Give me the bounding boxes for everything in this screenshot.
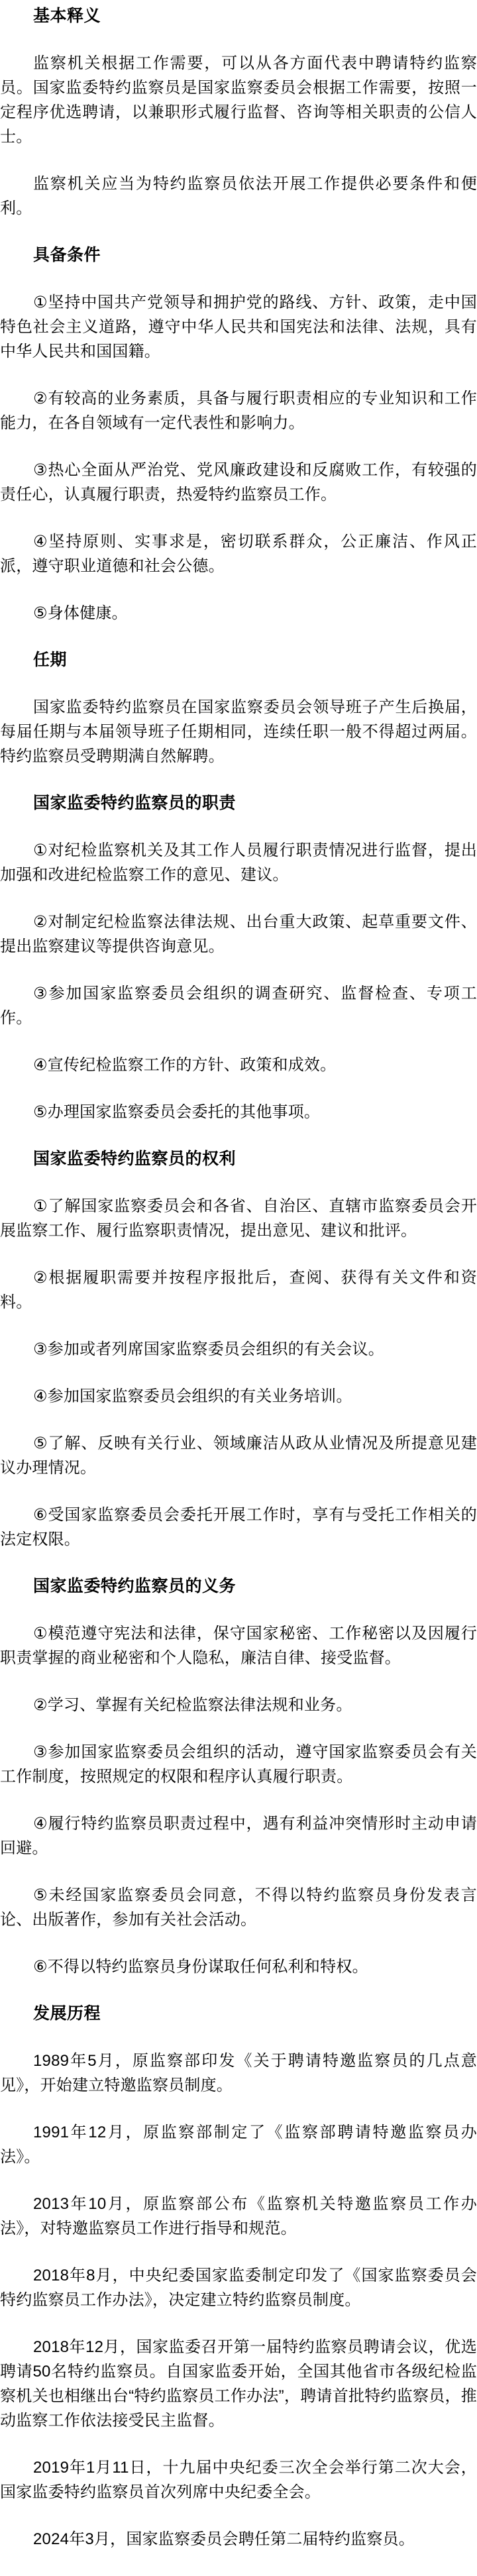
paragraph: 2018年12月，国家监委召开第一届特约监察员聘请会议，优选聘请50名特约监察员… bbox=[0, 2335, 477, 2433]
paragraph: ⑤办理国家监察委员会委托的其他事项。 bbox=[0, 1100, 477, 1124]
paragraph: ③热心全面从严治党、党风廉政建设和反腐败工作，有较强的责任心，认真履行职责，热爱… bbox=[0, 458, 477, 507]
paragraph: ①坚持中国共产党领导和拥护党的路线、方针、政策，走中国特色社会主义道路，遵守中华… bbox=[0, 290, 477, 364]
paragraph: ②有较高的业务素质，具备与履行职责相应的专业知识和工作能力，在各自领域有一定代表… bbox=[0, 386, 477, 435]
paragraph: ④履行特约监察员职责过程中，遇有利益冲突情形时主动申请回避。 bbox=[0, 1811, 477, 1860]
paragraph: ⑥不得以特约监察员身份谋取任何私利和特权。 bbox=[0, 1955, 477, 1979]
section: 具备条件①坚持中国共产党领导和拥护党的路线、方针、政策，走中国特色社会主义道路，… bbox=[0, 243, 477, 625]
section: 发展历程1989年5月，原监察部印发《关于聘请特邀监察员的几点意见》，开始建立特… bbox=[0, 2002, 477, 2551]
section-heading: 基本释义 bbox=[0, 4, 477, 28]
paragraph: ③参加国家监察委员会组织的调查研究、监督检查、专项工作。 bbox=[0, 981, 477, 1030]
paragraph: 国家监委特约监察员在国家监察委员会领导班子产生后换届，每届任期与本届领导班子任期… bbox=[0, 695, 477, 769]
paragraph: 2018年8月，中央纪委国家监委制定印发了《国家监察委员会特约监察员工作办法》，… bbox=[0, 2263, 477, 2312]
paragraph: 2019年1月11日，十九届中央纪委三次全会举行第二次大会，国家监委特约监察员首… bbox=[0, 2455, 477, 2504]
paragraph: ④宣传纪检监察工作的方针、政策和成效。 bbox=[0, 1053, 477, 1077]
paragraph: ⑥受国家监察委员会委托开展工作时，享有与受托工作相关的法定权限。 bbox=[0, 1503, 477, 1552]
section: 国家监委特约监察员的职责①对纪检监察机关及其工作人员履行职责情况进行监督，提出加… bbox=[0, 791, 477, 1124]
paragraph: ⑤未经国家监察委员会同意，不得以特约监察员身份发表言论、出版著作，参加有关社会活… bbox=[0, 1883, 477, 1932]
paragraph: ⑤了解、反映有关行业、领域廉洁从政从业情况及所提意见建议办理情况。 bbox=[0, 1431, 477, 1480]
section-heading: 国家监委特约监察员的义务 bbox=[0, 1574, 477, 1599]
paragraph: ②对制定纪检监察法律法规、出台重大政策、起草重要文件、提出监察建议等提供咨询意见… bbox=[0, 910, 477, 959]
paragraph: ①了解国家监察委员会和各省、自治区、直辖市监察委员会开展监察工作、履行监察职责情… bbox=[0, 1194, 477, 1243]
paragraph: ②根据履职需要并按程序报批后，查阅、获得有关文件和资料。 bbox=[0, 1265, 477, 1315]
paragraph: 监察机关根据工作需要，可以从各方面代表中聘请特约监察员。国家监委特约监察员是国家… bbox=[0, 51, 477, 149]
section: 基本释义监察机关根据工作需要，可以从各方面代表中聘请特约监察员。国家监委特约监察… bbox=[0, 4, 477, 221]
section-heading: 发展历程 bbox=[0, 2002, 477, 2026]
paragraph: ①对纪检监察机关及其工作人员履行职责情况进行监督，提出加强和改进纪检监察工作的意… bbox=[0, 838, 477, 887]
document-body: 基本释义监察机关根据工作需要，可以从各方面代表中聘请特约监察员。国家监委特约监察… bbox=[0, 4, 477, 2551]
section-heading: 具备条件 bbox=[0, 243, 477, 268]
section: 任期国家监委特约监察员在国家监察委员会领导班子产生后换届，每届任期与本届领导班子… bbox=[0, 648, 477, 769]
document-page: { "page": { "background_color": "#ffffff… bbox=[0, 0, 477, 2576]
paragraph: ③参加或者列席国家监察委员会组织的有关会议。 bbox=[0, 1337, 477, 1362]
paragraph: 监察机关应当为特约监察员依法开展工作提供必要条件和便利。 bbox=[0, 172, 477, 221]
paragraph: 1989年5月，原监察部印发《关于聘请特邀监察员的几点意见》，开始建立特邀监察员… bbox=[0, 2049, 477, 2098]
paragraph: ④参加国家监察委员会组织的有关业务培训。 bbox=[0, 1384, 477, 1409]
paragraph: ④坚持原则、实事求是，密切联系群众，公正廉洁、作风正派，遵守职业道德和社会公德。 bbox=[0, 529, 477, 578]
paragraph: ①模范遵守宪法和法律，保守国家秘密、工作秘密以及因履行职责掌握的商业秘密和个人隐… bbox=[0, 1621, 477, 1670]
paragraph: ③参加国家监察委员会组织的活动，遵守国家监察委员会有关工作制度，按照规定的权限和… bbox=[0, 1740, 477, 1789]
paragraph: 1991年12月，原监察部制定了《监察部聘请特邀监察员办法》。 bbox=[0, 2120, 477, 2169]
paragraph: ②学习、掌握有关纪检监察法律法规和业务。 bbox=[0, 1693, 477, 1717]
section: 国家监委特约监察员的权利①了解国家监察委员会和各省、自治区、直辖市监察委员会开展… bbox=[0, 1147, 477, 1552]
section-heading: 任期 bbox=[0, 648, 477, 672]
paragraph: 2024年3月，国家监察委员会聘任第二届特约监察员。 bbox=[0, 2527, 477, 2551]
section-heading: 国家监委特约监察员的权利 bbox=[0, 1147, 477, 1171]
paragraph: ⑤身体健康。 bbox=[0, 601, 477, 625]
section-heading: 国家监委特约监察员的职责 bbox=[0, 791, 477, 816]
paragraph: 2013年10月，原监察部公布《监察机关特邀监察员工作办法》，对特邀监察员工作进… bbox=[0, 2192, 477, 2241]
section: 国家监委特约监察员的义务①模范遵守宪法和法律，保守国家秘密、工作秘密以及因履行职… bbox=[0, 1574, 477, 1979]
